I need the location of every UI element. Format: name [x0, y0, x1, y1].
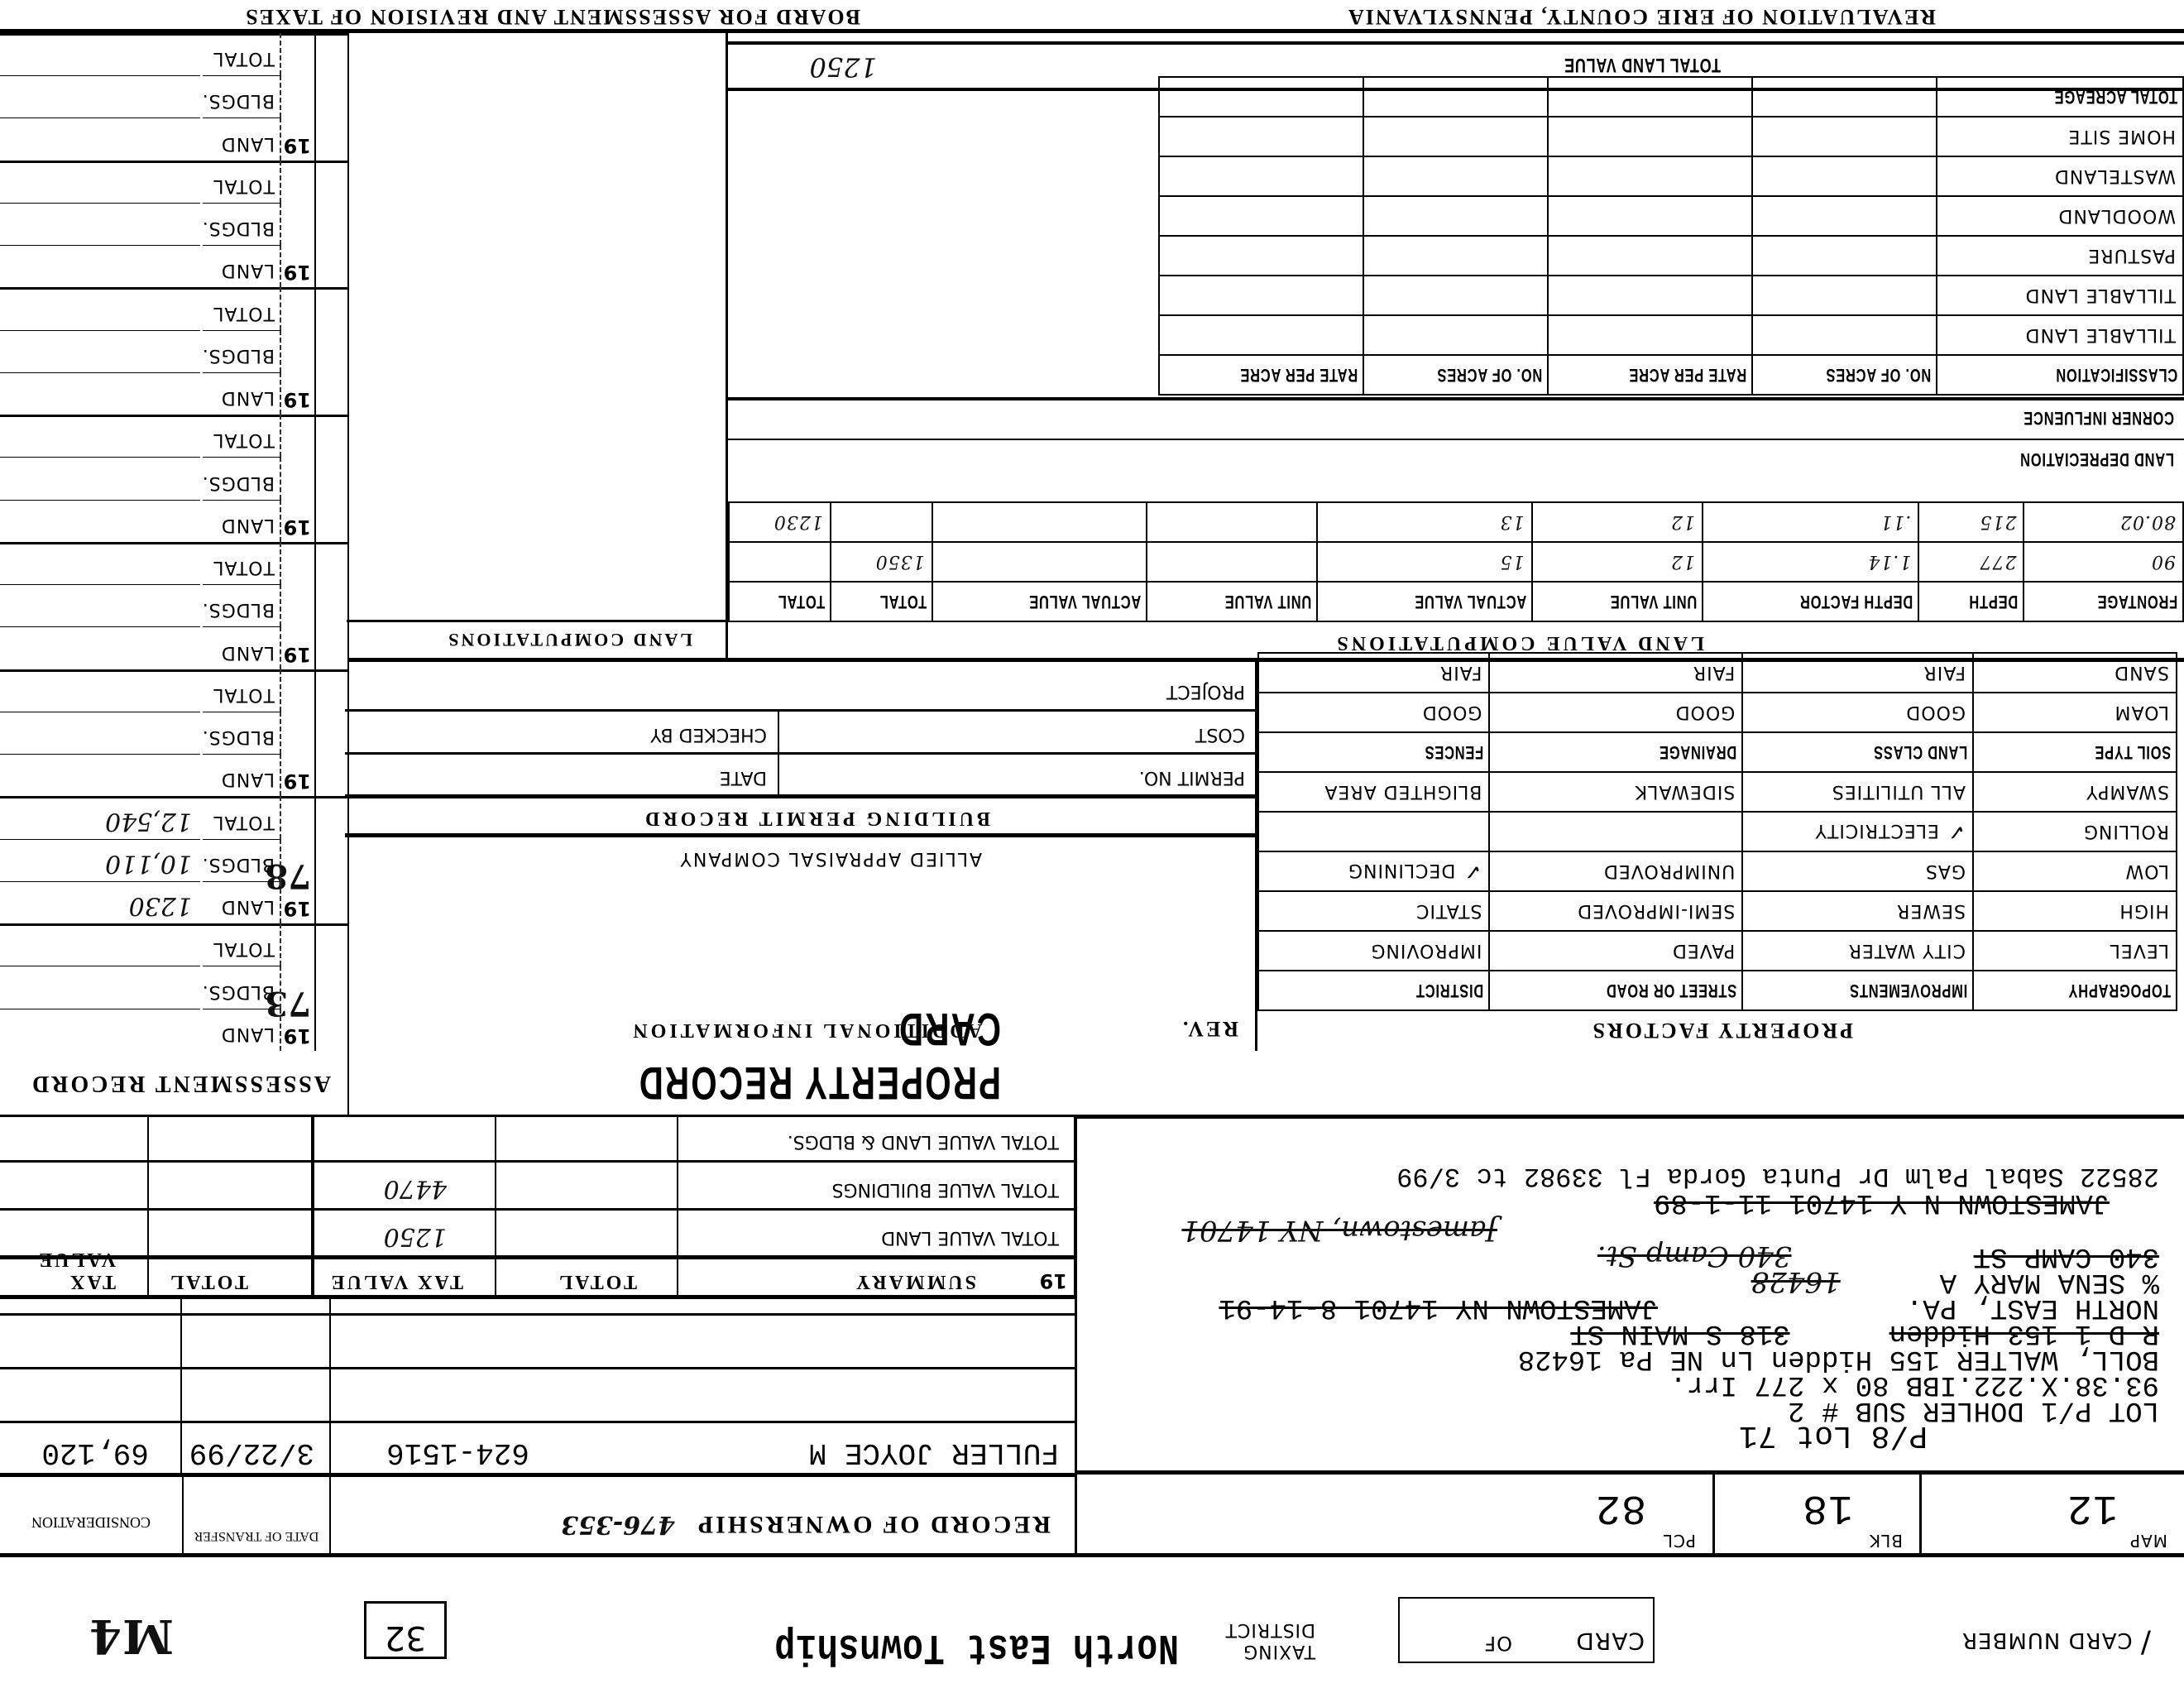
factor-row[interactable]: LEVEL CITY WATER PAVED IMPROVING	[1258, 931, 2177, 971]
additional-info-section: REV. ADDITIONAL INFORMATION ALLIED APPRA…	[347, 662, 1257, 1051]
permit-row-1[interactable]: PERMIT NO. DATE	[345, 755, 1255, 796]
land-value-title: LAND VALUE COMPUTATIONS	[1334, 631, 1704, 654]
assessment-year-block[interactable]: 19LANDBLDGS.TOTAL	[0, 33, 347, 161]
rev-label: REV.	[1181, 1016, 1238, 1041]
card-of-box[interactable]: CARD OF	[1398, 1597, 1655, 1663]
assessment-total-value[interactable]	[0, 288, 200, 330]
owner-line: JAMESTOWN N Y 14701 11-1-89	[1084, 1189, 2159, 1215]
land-value-computations: LAND VALUE COMPUTATIONS FRONTAGE DEPTH D…	[728, 480, 2184, 662]
card-number-label: / CARD NUMBER	[1961, 1628, 2151, 1655]
classification-row[interactable]: HOME SITE	[1159, 117, 2183, 156]
assessment-row-label: BLDGS.	[203, 75, 281, 117]
map-value: 12	[2067, 1484, 2118, 1531]
assessment-bldgs-value[interactable]	[0, 712, 200, 754]
assessment-year-note	[314, 161, 347, 288]
property-factors: PROPERTY FACTORS TOPOGRAPHY IMPROVEMENTS…	[1257, 662, 2184, 1051]
assessment-year-block[interactable]: 19LANDBLDGS.TOTAL	[0, 669, 347, 797]
property-factors-title: PROPERTY FACTORS	[1591, 1018, 1853, 1043]
assessment-year-block[interactable]: 1978LAND1230BLDGS.10,110TOTAL12,540	[0, 797, 347, 924]
assessment-bldgs-value[interactable]	[0, 330, 200, 372]
assessment-year-block[interactable]: 19LANDBLDGS.TOTAL	[0, 288, 347, 415]
owner-line: P/8 Lot 71	[1084, 1422, 2159, 1448]
assessment-year-prefix: 19	[284, 134, 311, 157]
permit-row-3[interactable]: PROJECT	[345, 669, 1255, 710]
assessment-year-note	[314, 415, 347, 542]
owner-info-block: P/8 Lot 71 LOT P/1 DOHLER SUB # 2 93.38.…	[1084, 1163, 2159, 1448]
footer-left: REVALUATION OF ERIE COUNTY, PENNSYLVANIA	[1347, 4, 1936, 29]
property-factors-table: TOPOGRAPHY IMPROVEMENTS STREET OR ROAD D…	[1257, 652, 2177, 1011]
land-classification: LAND DEPRECIATION CORNER INFLUENCE CLASS…	[728, 33, 2184, 480]
appraisal-company: ALLIED APPRAISAL COMPANY	[678, 848, 982, 869]
factor-row[interactable]: ROLLING ✓ ELECTRICITY	[1258, 812, 2177, 851]
assessment-row-label: LAND	[203, 500, 281, 542]
card-number-mark: /	[2140, 1626, 2151, 1660]
assessment-year-note	[314, 33, 347, 161]
pcl-value: 82	[1595, 1484, 1646, 1531]
owner-line: 340 Camp St.	[1597, 1243, 1792, 1268]
assessment-record-title: ASSESSMENT RECORD	[30, 1070, 331, 1096]
assessment-total-value[interactable]	[0, 669, 200, 712]
factor-row[interactable]: SWAMPY ALL UTILITIES SIDEWALK BLIGHTED A…	[1258, 772, 2177, 812]
checked-cell[interactable]: ✓ DECLINING	[1258, 851, 1489, 891]
assessment-record: 1973LANDBLDGS.TOTAL1978LAND1230BLDGS.10,…	[0, 33, 347, 1051]
factor-row[interactable]: LOAM GOOD GOOD GOOD	[1258, 693, 2177, 732]
assessment-year-block[interactable]: 19LANDBLDGS.TOTAL	[0, 542, 347, 669]
pcl-field[interactable]: PCL 82	[1075, 1473, 1712, 1556]
assessment-total-value[interactable]	[0, 923, 200, 966]
assessment-land-value[interactable]	[0, 372, 200, 415]
owner-line: 318 S MAIN ST	[1570, 1320, 1789, 1345]
assessment-total-value[interactable]	[0, 415, 200, 457]
assessment-land-value[interactable]	[0, 1009, 200, 1051]
assessment-bldgs-value[interactable]	[0, 966, 200, 1009]
assessment-row-label: LAND	[203, 118, 281, 161]
assessment-row-label: BLDGS.	[203, 712, 281, 754]
blk-field[interactable]: BLK 18	[1712, 1473, 1919, 1556]
owner-line: R D 1 153 Hidden	[1889, 1320, 2159, 1345]
assessment-row-label: BLDGS.	[203, 584, 281, 626]
assessment-year-block[interactable]: 19LANDBLDGS.TOTAL	[0, 161, 347, 288]
classification-row[interactable]: TILLABLE LAND	[1159, 276, 2183, 315]
assessment-year-note	[314, 288, 347, 415]
footer-right: BOARD FOR ASSESSMENT AND REVISION OF TAX…	[244, 4, 860, 29]
assessment-total-value[interactable]	[0, 542, 200, 584]
assessment-year-prefix: 19	[284, 643, 311, 666]
land-computations-area[interactable]: LAND COMPUTATIONS	[349, 33, 728, 662]
owner-line: 340 CAMP ST	[1974, 1243, 2159, 1268]
summary-row[interactable]: TOTAL VALUE BUILDINGS 4470	[0, 1163, 1075, 1208]
assessment-year-prefix: 19	[284, 388, 311, 411]
ownership-row[interactable]: FULLER JOYCE M 624-1516 3/22/99 69,120	[0, 1425, 1075, 1475]
building-permit-title: BUILDING PERMIT RECORD	[642, 807, 990, 829]
owner-line: % SENA MARY A	[1940, 1268, 2159, 1294]
assessment-row-label: TOTAL	[203, 288, 281, 330]
assessment-row-label: TOTAL	[203, 33, 281, 75]
assessment-row-label: TOTAL	[203, 542, 281, 584]
taxing-district: North East Township	[773, 1623, 1179, 1671]
assessment-land-value[interactable]	[0, 627, 200, 669]
assessment-year-block[interactable]: 1973LANDBLDGS.TOTAL	[0, 923, 347, 1051]
summary-row[interactable]: TOTAL VALUE LAND & BLDGS.	[0, 1117, 1075, 1160]
owner-line: BOLL, WALTER 155 Hidden Ln NE Pa 16428	[1084, 1345, 2159, 1371]
assessment-row-label: BLDGS.	[203, 458, 281, 500]
assessment-row-label: LAND	[203, 627, 281, 669]
assessment-total-value[interactable]	[0, 161, 200, 203]
assessment-year-note	[314, 669, 347, 797]
summary-table: SUMMARY 19 TOTAL TAX VALUE TOTAL TAX VAL…	[0, 1117, 1075, 1299]
assessment-row-label: LAND	[203, 372, 281, 415]
assessment-row-label: BLDGS.	[203, 203, 281, 245]
classification-row[interactable]: WASTELAND	[1159, 156, 2183, 196]
assessment-land-value[interactable]	[0, 245, 200, 287]
assessment-land-value[interactable]: 1230	[0, 881, 200, 923]
factor-row[interactable]: HIGH SEWER SEMI-IMPROVED STATIC	[1258, 891, 2177, 931]
checked-cell[interactable]: ✓ ELECTRICITY	[1742, 812, 1973, 851]
assessment-year-prefix: 19	[284, 1024, 311, 1048]
land-value-row[interactable]: 90 277 1.14 12 15 1350	[729, 542, 2183, 582]
property-record-card: / CARD NUMBER CARD OF TAXING DISTRICT No…	[0, 0, 2184, 1688]
assessment-year-prefix: 19	[284, 770, 311, 794]
assessment-bldgs-value[interactable]	[0, 458, 200, 500]
assessment-year-note	[314, 797, 347, 924]
assessment-row-label: BLDGS.	[203, 966, 281, 1009]
assessment-row-label: BLDGS.	[203, 330, 281, 372]
assessment-land-value[interactable]	[0, 500, 200, 542]
assessment-row-label: LAND	[203, 881, 281, 923]
assessment-bldgs-value[interactable]	[0, 75, 200, 117]
owner-line: NORTH EAST, PA.	[1906, 1294, 2159, 1320]
assessment-bldgs-value[interactable]	[0, 203, 200, 245]
total-land-value: 1250	[810, 51, 877, 83]
assessment-land-value[interactable]	[0, 754, 200, 796]
title-band: PROPERTY RECORD CARD	[347, 1051, 1075, 1117]
assessment-row-label: BLDGS.	[203, 839, 281, 881]
land-value-table: FRONTAGE DEPTH DEPTH FACTOR UNIT VALUE A…	[728, 501, 2184, 622]
assessment-row-label: TOTAL	[203, 923, 281, 966]
additional-info-title: ADDITIONAL INFORMATION	[630, 1019, 982, 1041]
consideration-header: CONSIDERATION	[0, 1477, 182, 1556]
assessment-row-label: TOTAL	[203, 797, 281, 839]
assessment-land-value[interactable]	[0, 118, 200, 161]
assessment-row-label: TOTAL	[203, 415, 281, 457]
assessment-year-note	[314, 923, 347, 1051]
assessment-total-value[interactable]	[0, 33, 200, 75]
assessment-bldgs-value[interactable]	[0, 584, 200, 626]
assessment-year-note	[314, 542, 347, 669]
assessment-year-prefix: 19	[284, 261, 311, 285]
ownership-record-title: RECORD OF OWNERSHIP 476-353	[561, 1510, 1051, 1539]
owner-line: JAMESTOWN NY 14701 8-14-91	[1219, 1294, 1658, 1320]
assessment-row-label: TOTAL	[203, 669, 281, 712]
land-computations-title: LAND COMPUTATIONS	[446, 629, 692, 650]
assessment-row-label: LAND	[203, 1009, 281, 1051]
owner-line: LOT P/1 DOHLER SUB # 2	[1084, 1397, 2159, 1422]
map-field[interactable]: MAP 12	[1919, 1473, 2184, 1556]
corner-influence-row[interactable]: CORNER INFLUENCE	[728, 397, 2184, 439]
deed-reference: 476-353	[561, 1510, 675, 1539]
assessment-row-label: LAND	[203, 245, 281, 287]
assessment-total-value[interactable]: 12,540	[0, 797, 200, 839]
permit-row-2[interactable]: COST CHECKED BY	[345, 712, 1255, 753]
assessment-year-block[interactable]: 19LANDBLDGS.TOTAL	[0, 415, 347, 542]
classification-row[interactable]: TILLABLE LAND	[1159, 315, 2183, 355]
land-value-row[interactable]: 80.02 215 .11 12 13 1230	[729, 502, 2183, 542]
total-land-value-row[interactable]: TOTAL LAND VALUE 1250	[728, 41, 2184, 91]
assessment-year-prefix: 19	[284, 897, 311, 920]
assessment-year-prefix: 19	[284, 516, 311, 539]
owner-line: Jamestown, NY 14701	[1181, 1214, 1497, 1247]
summary-row[interactable]: TOTAL VALUE LAND 1250	[0, 1211, 1075, 1256]
classification-row[interactable]: WOODLAND	[1159, 196, 2183, 236]
corner-code: M4	[89, 1609, 174, 1663]
assessment-bldgs-value[interactable]: 10,110	[0, 839, 200, 881]
taxing-district-label: TAXING DISTRICT	[1191, 1618, 1315, 1662]
assessment-row-label: LAND	[203, 754, 281, 796]
classification-table: CLASSIFICATION NO. OF ACRES RATE PER ACR…	[1158, 76, 2184, 396]
owner-line: 93.38.X.222.IBB 80 x 277 Irr.	[1084, 1371, 2159, 1397]
factor-row[interactable]: LOW GAS UNIMPROVED ✓ DECLINING	[1258, 851, 2177, 891]
box-number: 32	[364, 1601, 447, 1659]
classification-row[interactable]: PASTURE	[1159, 236, 2183, 276]
assessment-row-label: TOTAL	[203, 161, 281, 203]
date-of-transfer-header: DATE OF TRANSFER	[182, 1477, 331, 1556]
blk-value: 18	[1802, 1484, 1853, 1531]
owner-line: 28522 Sabal Palm Dr Punta Gorda Fl 33982…	[1084, 1163, 2159, 1189]
land-depreciation-row[interactable]: LAND DEPRECIATION	[728, 439, 2184, 480]
